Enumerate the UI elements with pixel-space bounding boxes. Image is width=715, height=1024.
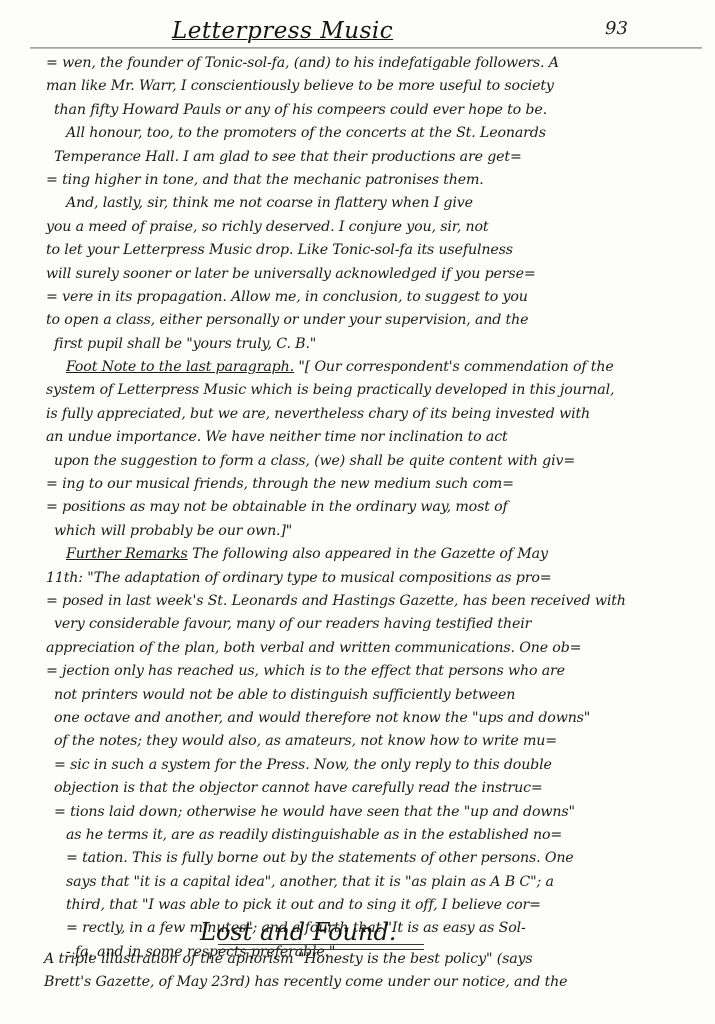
footnote-line: Foot Note to the last paragraph. "[ Our … [46, 356, 686, 379]
text-line: will surely sooner or later be universal… [46, 263, 686, 286]
further-remarks-text: The following also appeared in the Gazet… [192, 546, 548, 562]
text-line: third, that "I was able to pick it out a… [46, 894, 686, 917]
letter-body: = wen, the founder of Tonic-sol-fa, (and… [46, 52, 686, 964]
text-line: = jection only has reached us, which is … [46, 660, 686, 683]
further-remarks-label: Further Remarks [66, 546, 188, 562]
text-line: not printers would not be able to distin… [46, 684, 686, 707]
text-line: you a meed of praise, so richly deserved… [46, 216, 686, 239]
text-line: = tions laid down; otherwise he would ha… [46, 801, 686, 824]
text-line: A triple illustration of the aphorism "H… [44, 948, 694, 971]
text-line: man like Mr. Warr, I conscientiously bel… [46, 75, 686, 98]
text-line: is fully appreciated, but we are, nevert… [46, 403, 686, 426]
text-line: = tation. This is fully borne out by the… [46, 847, 686, 870]
section-title: Lost and Found. [200, 918, 396, 946]
text-line: to open a class, either personally or un… [46, 309, 686, 332]
text-line: All honour, too, to the promoters of the… [46, 122, 686, 145]
footnote-text: "[ Our correspondent's commendation of t… [298, 359, 613, 375]
text-line: than fifty Howard Pauls or any of his co… [46, 99, 686, 122]
text-line: = positions as may not be obtainable in … [46, 496, 686, 519]
text-line: an undue importance. We have neither tim… [46, 426, 686, 449]
text-line: upon the suggestion to form a class, (we… [46, 450, 686, 473]
text-line: one octave and another, and would theref… [46, 707, 686, 730]
text-line: = vere in its propagation. Allow me, in … [46, 286, 686, 309]
text-line: Temperance Hall. I am glad to see that t… [46, 146, 686, 169]
further-remarks-line: Further Remarks The following also appea… [46, 543, 686, 566]
text-line: as he terms it, are as readily distingui… [46, 824, 686, 847]
section-body: A triple illustration of the aphorism "H… [44, 948, 694, 995]
text-line: first pupil shall be "yours truly, C. B.… [46, 333, 686, 356]
header-rule [30, 47, 702, 49]
text-line: says that "it is a capital idea", anothe… [46, 871, 686, 894]
text-line: 11th: "The adaptation of ordinary type t… [46, 567, 686, 590]
text-line: very considerable favour, many of our re… [46, 613, 686, 636]
text-line: = ting higher in tone, and that the mech… [46, 169, 686, 192]
page-title: Letterpress Music [172, 18, 393, 44]
footnote-label: Foot Note to the last paragraph. [66, 359, 294, 375]
page-number: 93 [605, 18, 628, 39]
text-line: of the notes; they would also, as amateu… [46, 730, 686, 753]
page-header: Letterpress Music 93 [30, 18, 702, 50]
text-line: objection is that the objector cannot ha… [46, 777, 686, 800]
text-line: which will probably be our own.]" [46, 520, 686, 543]
text-line: Brett's Gazette, of May 23rd) has recent… [44, 971, 694, 994]
manuscript-page: Letterpress Music 93 = wen, the founder … [0, 0, 715, 1024]
text-line: = posed in last week's St. Leonards and … [46, 590, 686, 613]
text-line: And, lastly, sir, think me not coarse in… [46, 192, 686, 215]
text-line: = wen, the founder of Tonic-sol-fa, (and… [46, 52, 686, 75]
text-line: appreciation of the plan, both verbal an… [46, 637, 686, 660]
text-line: system of Letterpress Music which is bei… [46, 379, 686, 402]
text-line: = sic in such a system for the Press. No… [46, 754, 686, 777]
text-line: = ing to our musical friends, through th… [46, 473, 686, 496]
text-line: to let your Letterpress Music drop. Like… [46, 239, 686, 262]
